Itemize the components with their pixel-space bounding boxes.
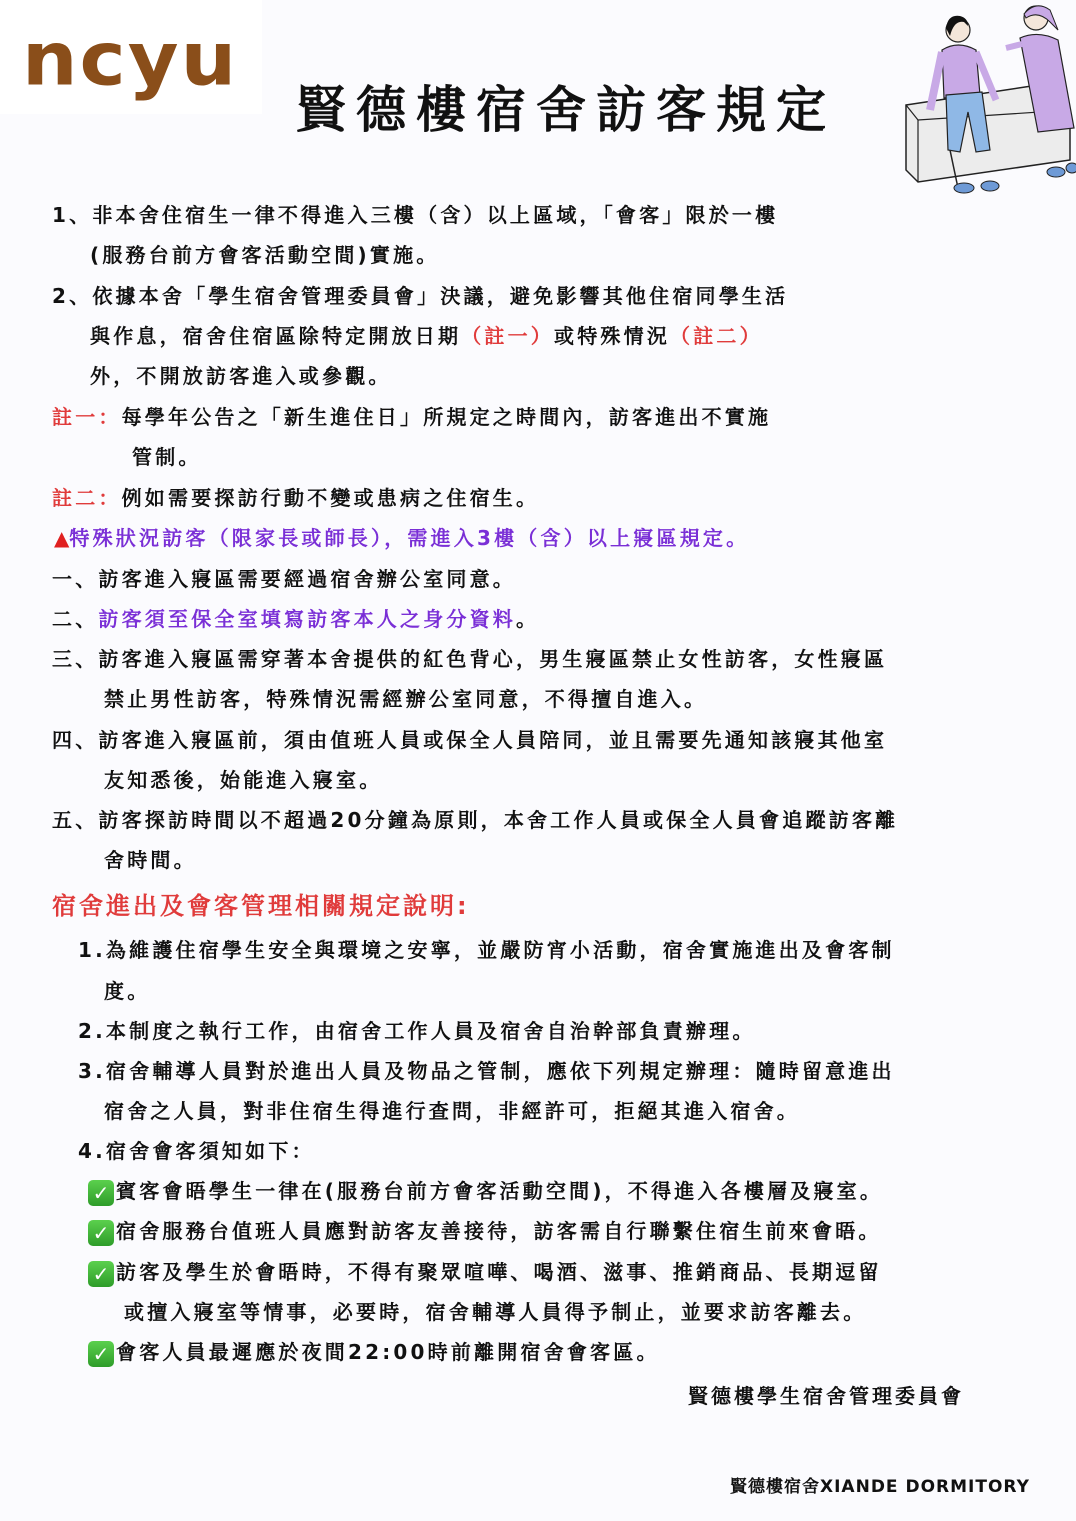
s2-item-4: 4.宿舍會客須知如下： [78, 1138, 315, 1164]
item-text: 訪客須至保全室填寫訪客本人之身分資料 [98, 607, 516, 631]
check-icon: ✓ [88, 1220, 114, 1246]
signature: 賢德樓學生宿舍管理委員會 [688, 1380, 964, 1409]
item-num: 二、 [52, 607, 98, 631]
note-1-label: 註一： [52, 405, 122, 429]
note-2-label: 註二： [52, 486, 122, 510]
rule-1-line-2: (服務台前方會客活動空間)實施。 [90, 242, 439, 268]
ncyu-logo: ncyu [22, 22, 238, 98]
note1-ref: （註一） [461, 324, 554, 348]
item-text: 訪客進入寢區需要經過宿舍辦公室同意。 [98, 567, 516, 591]
item-suffix: 。 [516, 607, 539, 631]
s2-item-3: 3.宿舍輔導人員對於進出人員及物品之管制，應依下列規定辦理：隨時留意進出 [78, 1058, 895, 1084]
check-item-1: ✓賓客會晤學生一律在(服務台前方會客活動空間)，不得進入各樓層及寢室。 [88, 1178, 883, 1206]
note-2: 註二：例如需要探訪行動不變或患病之住宿生。 [52, 485, 539, 511]
item-num: 四、 [52, 728, 98, 752]
red-triangle-icon: ▲ [54, 526, 69, 550]
rule-1-line-1: 1、非本舍住宿生一律不得進入三樓（含）以上區域，「會客」限於一樓 [52, 202, 778, 228]
item-num: 三、 [52, 647, 98, 671]
item-text: 訪客探訪時間以不超過20分鐘為原則，本舍工作人員或保全人員會追蹤訪客離 [98, 808, 898, 832]
special-heading-text: 特殊狀況訪客（限家長或師長），需進入3樓（含）以上寢區規定。 [69, 526, 749, 550]
special-item-4-line-2: 友知悉後，始能進入寢室。 [104, 767, 382, 793]
rule-2-line-3: 外，不開放訪客進入或參觀。 [90, 363, 392, 389]
note-1-line-2: 管制。 [132, 444, 202, 470]
note-1-text: 每學年公告之「新生進住日」所規定之時間內，訪客進出不實施 [122, 405, 772, 429]
item-text: 訪客進入寢區需穿著本舍提供的紅色背心，男生寢區禁止女性訪客，女性寢區 [98, 647, 887, 671]
logo-area: ncyu [0, 0, 262, 114]
s2-item-1: 1.為維護住宿學生安全與環境之安寧，並嚴防宵小活動，宿舍實施進出及會客制 [78, 937, 895, 963]
check-item-2: ✓宿舍服務台值班人員應對訪客友善接待，訪客需自行聯繫住宿生前來會晤。 [88, 1218, 882, 1246]
check-icon: ✓ [88, 1180, 114, 1206]
two-women-illustration-icon [898, 0, 1076, 200]
special-item-5: 五、訪客探訪時間以不超過20分鐘為原則，本舍工作人員或保全人員會追蹤訪客離 [52, 807, 898, 833]
note2-ref: （註二） [670, 324, 763, 348]
s2-item-2: 2.本制度之執行工作，由宿舍工作人員及宿舍自治幹部負責辦理。 [78, 1018, 756, 1044]
page-title: 賢德樓宿舍訪客規定 [296, 78, 836, 142]
special-heading: ▲特殊狀況訪客（限家長或師長），需進入3樓（含）以上寢區規定。 [54, 525, 749, 551]
check-text: 訪客及學生於會晤時，不得有聚眾喧嘩、喝酒、滋事、推銷商品、長期逗留 [116, 1260, 882, 1284]
note-1: 註一：每學年公告之「新生進住日」所規定之時間內，訪客進出不實施 [52, 404, 771, 430]
rule-2-line-1: 2、依據本舍「學生宿舍管理委員會」決議，避免影響其他住宿同學生活 [52, 283, 788, 309]
check-text: 會客人員最遲應於夜間22:00時前離開宿舍會客區。 [116, 1340, 660, 1364]
item-text: 訪客進入寢區前，須由值班人員或保全人員陪同，並且需要先通知該寢其他室 [98, 728, 887, 752]
special-item-3: 三、訪客進入寢區需穿著本舍提供的紅色背心，男生寢區禁止女性訪客，女性寢區 [52, 646, 887, 672]
s2-item-1-line-2: 度。 [104, 978, 150, 1004]
rule-2-line-2: 與作息，宿舍住宿區除特定開放日期（註一）或特殊情況（註二） [90, 323, 763, 349]
section-2-title: 宿舍進出及會客管理相關規定說明: [52, 890, 470, 922]
rule-2-text: 與作息，宿舍住宿區除特定開放日期 [90, 324, 461, 348]
special-item-4: 四、訪客進入寢區前，須由值班人員或保全人員陪同，並且需要先通知該寢其他室 [52, 727, 887, 753]
check-icon: ✓ [88, 1341, 114, 1367]
s2-item-3-line-2: 宿舍之人員，對非住宿生得進行查問，非經許可，拒絕其進入宿舍。 [104, 1098, 800, 1124]
item-num: 一、 [52, 567, 98, 591]
note-2-text: 例如需要探訪行動不變或患病之住宿生。 [122, 486, 540, 510]
special-item-2: 二、訪客須至保全室填寫訪客本人之身分資料。 [52, 606, 539, 632]
check-text: 賓客會晤學生一律在(服務台前方會客活動空間)，不得進入各樓層及寢室。 [116, 1179, 883, 1203]
check-icon: ✓ [88, 1261, 114, 1287]
special-item-1: 一、訪客進入寢區需要經過宿舍辦公室同意。 [52, 566, 516, 592]
rule-2-mid: 或特殊情況 [554, 324, 670, 348]
check-text: 宿舍服務台值班人員應對訪客友善接待，訪客需自行聯繫住宿生前來會晤。 [116, 1219, 882, 1243]
special-item-3-line-2: 禁止男性訪客，特殊情況需經辦公室同意，不得擅自進入。 [104, 686, 707, 712]
special-item-5-line-2: 舍時間。 [104, 847, 197, 873]
footer-label: 賢德樓宿舍XIANDE DORMITORY [730, 1472, 1030, 1497]
check-item-3-line-2: 或擅入寢室等情事，必要時，宿舍輔導人員得予制止，並要求訪客離去。 [124, 1299, 866, 1325]
check-item-4: ✓會客人員最遲應於夜間22:00時前離開宿舍會客區。 [88, 1339, 660, 1367]
item-num: 五、 [52, 808, 98, 832]
check-item-3: ✓訪客及學生於會晤時，不得有聚眾喧嘩、喝酒、滋事、推銷商品、長期逗留 [88, 1259, 882, 1287]
